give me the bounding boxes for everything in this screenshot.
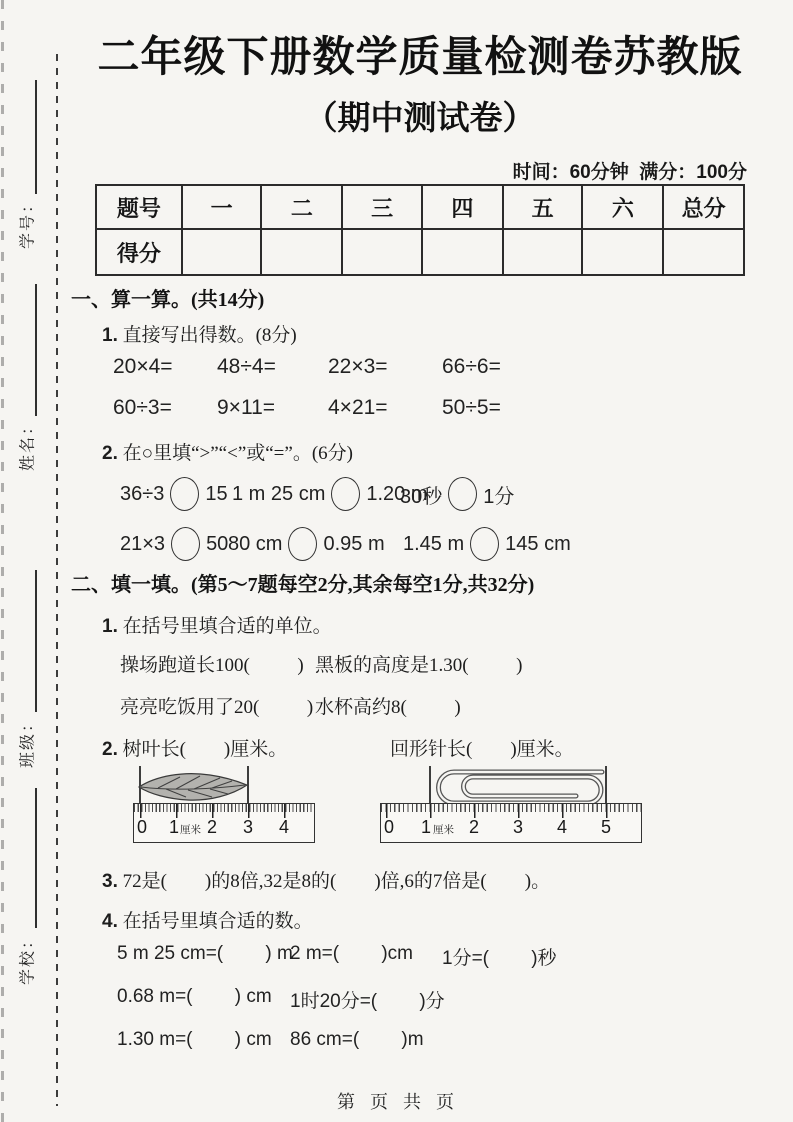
calc-item: 9×11=: [217, 396, 275, 420]
test-paper-page: 学号： 姓名： 班级： 学校： 二年级下册数学质量检测卷苏教版 （期中测试卷） …: [0, 0, 793, 1122]
ruler-cm-ticks: [386, 804, 641, 818]
ruler-number: 4: [557, 817, 567, 838]
comparison-item: 36÷315: [120, 477, 228, 511]
score-cell: [503, 229, 583, 275]
margin-fill-line: [35, 788, 37, 928]
margin-fill-line: [35, 80, 37, 194]
ruler-leaf: 0 1 厘米 2 3 4: [133, 803, 315, 843]
score-table-header-cell: 六: [582, 185, 663, 229]
question-text: 树叶长( )厘米。: [118, 739, 287, 760]
exam-meta: 时间：60分钟 满分：100分: [95, 157, 747, 184]
comparison-right: 145 cm: [505, 533, 571, 556]
question-label-s1q1: 1. 直接写出得数。(8分): [102, 320, 297, 347]
measure-guide-line: [605, 766, 607, 803]
calc-item: 60÷3=: [113, 396, 172, 420]
ruler-figure-paperclip: 0 1 厘米 2 3 4 5: [376, 760, 642, 858]
score-table-header-cell: 总分: [663, 185, 744, 229]
ruler-figure-leaf: 0 1 厘米 2 3 4: [128, 760, 318, 858]
binding-dashed-line: [56, 54, 58, 1106]
comparison-left: 1.45 m: [403, 533, 464, 556]
comparison-circle: [171, 527, 200, 561]
question-label-s2q2-left: 2. 树叶长( )厘米。: [102, 734, 287, 761]
ruler-number: 0: [137, 817, 147, 838]
question-number: 1.: [102, 325, 118, 346]
ruler-number: 0: [384, 817, 394, 838]
ruler-number: 1: [169, 817, 179, 838]
score-table-header-cell: 三: [342, 185, 422, 229]
question-number: 2.: [102, 443, 118, 464]
calc-item: 66÷6=: [442, 355, 501, 379]
ruler-paperclip: 0 1 厘米 2 3 4 5: [380, 803, 642, 843]
margin-fill-line: [35, 284, 37, 416]
ruler-number: 5: [601, 817, 611, 838]
score-table-header-cell: 一: [182, 185, 262, 229]
score-table-header-cell: 四: [422, 185, 503, 229]
score-table: 题号 一 二 三 四 五 六 总分 得分: [95, 184, 745, 276]
fill-number-item: 1时20分=( )分: [290, 986, 445, 1013]
measure-guide-line: [429, 766, 431, 803]
question-label-s2q4: 4. 在括号里填合适的数。: [102, 906, 313, 933]
fill-number-item: 2 m=( )cm: [290, 943, 413, 965]
fill-number-item: 86 cm=( )m: [290, 1029, 424, 1051]
calc-item: 50÷5=: [442, 396, 501, 420]
margin-label-school: 学校：: [15, 931, 38, 985]
margin-label-student-id: 学号：: [15, 195, 38, 249]
comparison-left: 80 cm: [228, 533, 282, 556]
margin-label-name: 姓名：: [15, 417, 38, 471]
fill-item: 操场跑道长100( ): [120, 650, 304, 677]
question-text: 72是( )的8倍,32是8的( )倍,6的7倍是( )。: [118, 871, 550, 892]
page-subtitle: （期中测试卷）: [90, 92, 750, 139]
fill-number-item: 1.30 m=( ) cm: [117, 1029, 272, 1051]
question-text: 在括号里填合适的单位。: [118, 616, 332, 637]
question-number: 3.: [102, 871, 118, 892]
comparison-item: 1.45 m145 cm: [403, 527, 571, 561]
comparison-right: 15: [205, 483, 227, 506]
comparison-left: 36÷3: [120, 483, 164, 506]
score-table-header-cell: 五: [503, 185, 583, 229]
fill-item: 水杯高约8( ): [315, 692, 461, 719]
calc-item: 22×3=: [328, 355, 388, 379]
comparison-item: 80 cm0.95 m: [228, 527, 385, 561]
question-text: 在括号里填合适的数。: [118, 911, 313, 932]
calc-item: 20×4=: [113, 355, 173, 379]
comparison-item: 21×350: [120, 527, 228, 561]
calc-item: 48÷4=: [217, 355, 276, 379]
comparison-left: 30秒: [400, 480, 442, 509]
section1-heading: 一、算一算。(共14分): [71, 283, 264, 312]
comparison-item: 30秒1分: [400, 477, 514, 511]
scan-edge-dashes: [1, 0, 4, 1122]
comparison-right: 0.95 m: [323, 533, 384, 556]
margin-label-class: 班级：: [15, 714, 38, 768]
comparison-circle: [448, 477, 477, 511]
ruler-unit-label: 厘米: [433, 822, 454, 837]
score-cell: [342, 229, 422, 275]
comparison-right: 50: [206, 533, 228, 556]
score-cell: [182, 229, 262, 275]
score-cell: [663, 229, 744, 275]
question-label-s2q2-right: 回形针长( )厘米。: [390, 734, 574, 761]
comparison-right: 1分: [483, 480, 514, 509]
section2-heading: 二、填一填。(第5～7题每空2分,其余每空1分,共32分): [71, 568, 534, 597]
question-label-s2q1: 1. 在括号里填合适的单位。: [102, 611, 332, 638]
question-label-s1q2: 2. 在○里填“>”“<”或“=”。(6分): [102, 438, 353, 465]
score-table-header-cell: 二: [261, 185, 342, 229]
fill-item: 亮亮吃饭用了20( ): [120, 692, 313, 719]
ruler-number: 3: [243, 817, 253, 838]
comparison-circle: [170, 477, 199, 511]
comparison-circle: [331, 477, 360, 511]
measure-guide-line: [139, 766, 141, 803]
question-text: 在○里填“>”“<”或“=”。(6分): [118, 443, 353, 464]
comparison-circle: [470, 527, 499, 561]
score-cell: [261, 229, 342, 275]
ruler-number: 2: [469, 817, 479, 838]
ruler-unit-label: 厘米: [180, 822, 201, 837]
margin-fill-line: [35, 570, 37, 712]
page-footer: 第 页 共 页: [0, 1088, 793, 1114]
ruler-cm-ticks: [140, 804, 314, 818]
question-number: 2.: [102, 739, 118, 760]
score-cell: [582, 229, 663, 275]
ruler-number: 4: [279, 817, 289, 838]
page-title: 二年级下册数学质量检测卷苏教版: [90, 24, 750, 84]
fill-item: 黑板的高度是1.30( ): [315, 650, 522, 677]
question-label-s2q3: 3. 72是( )的8倍,32是8的( )倍,6的7倍是( )。: [102, 866, 550, 893]
comparison-circle: [288, 527, 317, 561]
score-cell: [422, 229, 503, 275]
ruler-number: 2: [207, 817, 217, 838]
measure-guide-line: [247, 766, 249, 803]
score-row-label: 得分: [96, 229, 182, 275]
fill-number-item: 1分=( )秒: [442, 943, 557, 970]
fill-number-item: 5 m 25 cm=( ) m: [117, 943, 293, 965]
fill-number-item: 0.68 m=( ) cm: [117, 986, 272, 1008]
calc-item: 4×21=: [328, 396, 388, 420]
comparison-item: 1 m 25 cm1.20 m: [232, 477, 428, 511]
ruler-number: 1: [421, 817, 431, 838]
question-number: 4.: [102, 911, 118, 932]
comparison-left: 21×3: [120, 533, 165, 556]
question-text: 直接写出得数。(8分): [118, 325, 297, 346]
ruler-number: 3: [513, 817, 523, 838]
score-table-header-cell: 题号: [96, 185, 182, 229]
question-number: 1.: [102, 616, 118, 637]
comparison-left: 1 m 25 cm: [232, 483, 325, 506]
